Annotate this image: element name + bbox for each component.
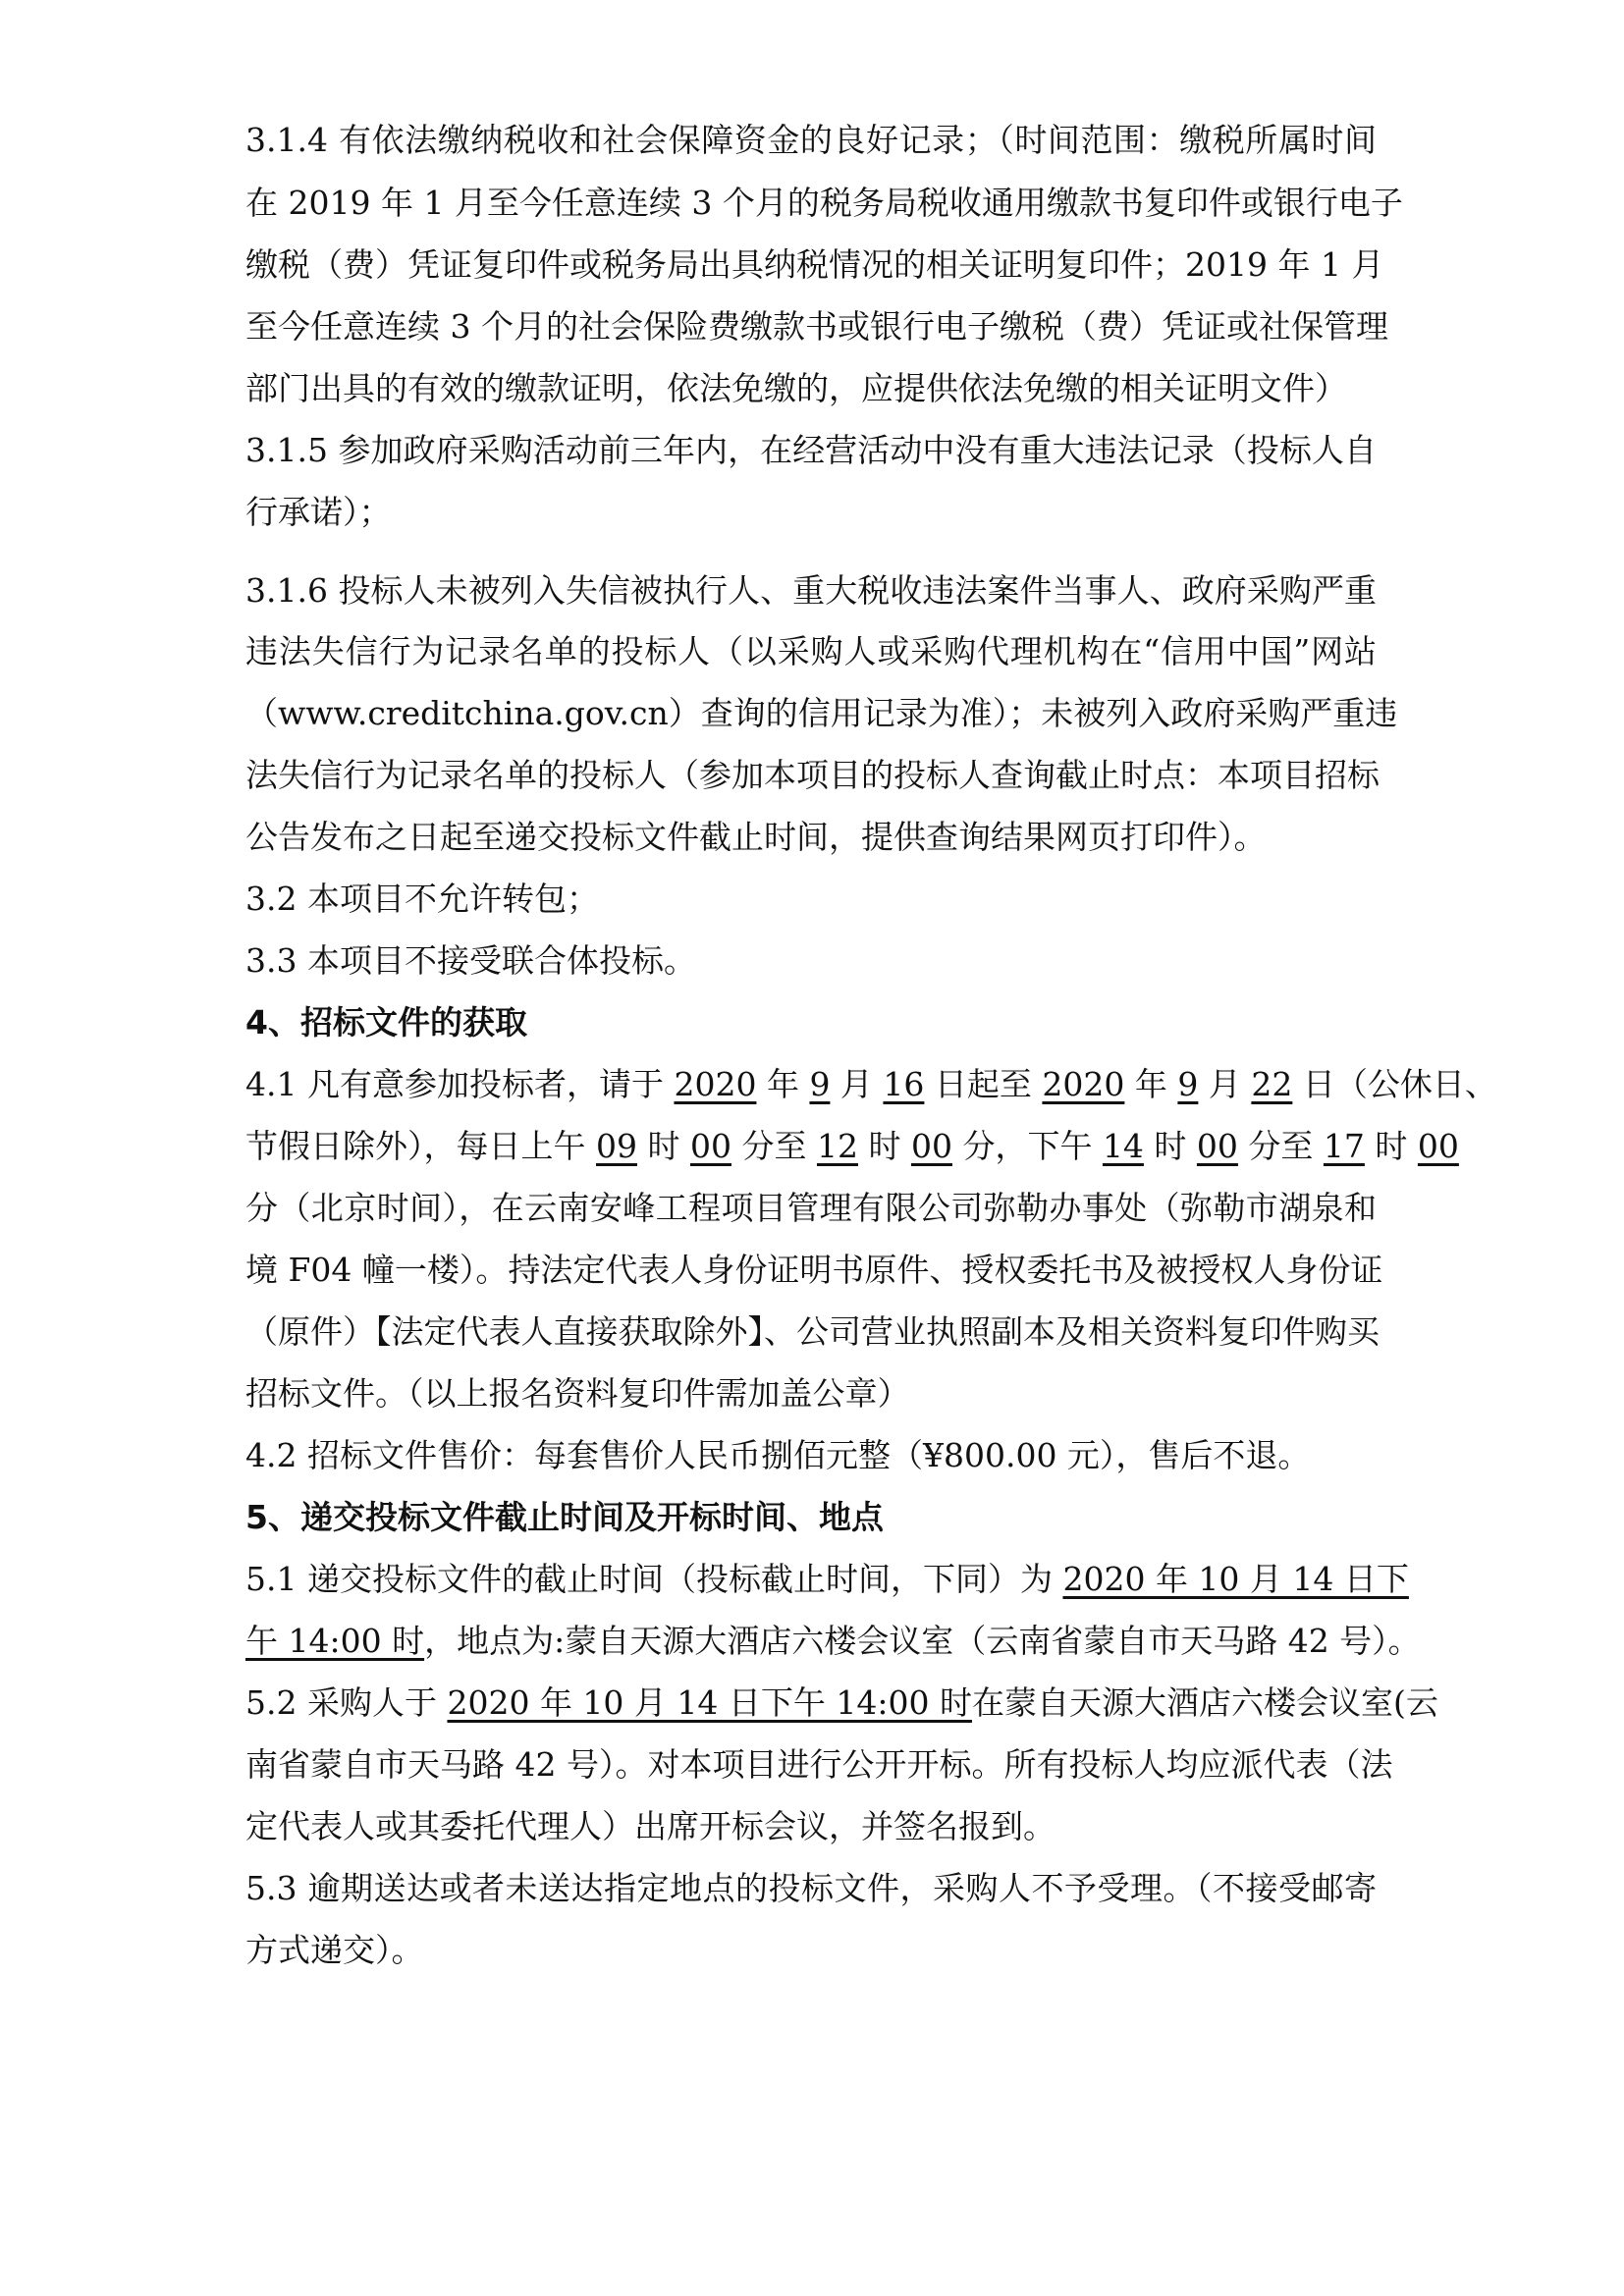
text: 5.1 递交投标文件的截止时间（投标截止时间，下同）为: [245, 1560, 1062, 1598]
text: 分至: [731, 1127, 817, 1165]
underlined-hour: 14: [1103, 1127, 1144, 1165]
underlined-minute: 00: [911, 1127, 952, 1165]
text: 5.2 采购人于: [245, 1683, 447, 1722]
text: 在蒙自天源大酒店六楼会议室(云: [972, 1683, 1438, 1722]
underlined-day: 22: [1251, 1065, 1292, 1103]
underlined-day: 16: [883, 1065, 924, 1103]
para-3-1-6-line-3: （www.creditchina.gov.cn）查询的信用记录为准）；未被列入政…: [245, 692, 1377, 735]
underlined-month: 9: [1177, 1065, 1198, 1103]
para-5-1-line-1: 5.1 递交投标文件的截止时间（投标截止时间，下同）为 2020 年 10 月 …: [245, 1558, 1377, 1601]
para-3-1-6-line-1: 3.1.6 投标人未被列入失信被执行人、重大税收违法案件当事人、政府采购严重: [245, 569, 1377, 613]
para-3-3: 3.3 本项目不接受联合体投标。: [245, 939, 1377, 983]
text: 时: [1365, 1127, 1418, 1165]
para-4-1-line-1: 4.1 凡有意参加投标者，请于 2020 年 9 月 16 日起至 2020 年…: [245, 1063, 1377, 1106]
underlined-year: 2020: [674, 1065, 756, 1103]
para-5-2-line-1: 5.2 采购人于 2020 年 10 月 14 日下午 14:00 时在蒙自天源…: [245, 1682, 1377, 1725]
underlined-minute: 00: [690, 1127, 731, 1165]
text: 时: [1144, 1127, 1197, 1165]
text: 分至: [1238, 1127, 1324, 1165]
text: 节假日除外），每日上午: [245, 1127, 596, 1165]
text: 年: [1124, 1065, 1177, 1103]
underlined-minute: 00: [1418, 1127, 1459, 1165]
para-3-1-4-line-4: 至今任意连续 3 个月的社会保险费缴款书或银行电子缴税（费）凭证或社保管理: [245, 305, 1377, 348]
text: 日起至: [924, 1065, 1042, 1103]
text: 年: [756, 1065, 809, 1103]
document-page: 3.1.4 有依法缴纳税收和社会保障资金的良好记录；（时间范围：缴税所属时间 在…: [0, 0, 1624, 2296]
text: ，地点为:蒙自天源大酒店六楼会议室（云南省蒙自市天马路 42 号）。: [424, 1622, 1421, 1660]
para-3-1-4-line-2: 在 2019 年 1 月至今任意连续 3 个月的税务局税收通用缴款书复印件或银行…: [245, 182, 1377, 225]
text: 月: [830, 1065, 883, 1103]
text: 时: [858, 1127, 911, 1165]
para-3-1-5-line-2: 行承诺）；: [245, 491, 1377, 534]
underlined-month: 9: [809, 1065, 830, 1103]
underlined-opening-time: 2020 年 10 月 14 日下午 14:00 时: [447, 1683, 972, 1722]
text: 时: [637, 1127, 690, 1165]
para-3-1-6-line-5: 公告发布之日起至递交投标文件截止时间，提供查询结果网页打印件）。: [245, 816, 1377, 859]
para-3-1-4-line-3: 缴税（费）凭证复印件或税务局出具纳税情况的相关证明复印件；2019 年 1 月: [245, 243, 1377, 287]
underlined-hour: 17: [1324, 1127, 1365, 1165]
text: 4.1 凡有意参加投标者，请于: [245, 1065, 674, 1103]
para-5-1-line-2: 午 14:00 时，地点为:蒙自天源大酒店六楼会议室（云南省蒙自市天马路 42 …: [245, 1620, 1377, 1663]
para-3-1-5-line-1: 3.1.5 参加政府采购活动前三年内，在经营活动中没有重大违法记录（投标人自: [245, 429, 1377, 472]
para-5-2-line-3: 定代表人或其委托代理人）出席开标会议，并签名报到。: [245, 1805, 1377, 1848]
para-4-1-line-6: 招标文件。（以上报名资料复印件需加盖公章）: [245, 1372, 1377, 1415]
underlined-hour: 09: [596, 1127, 637, 1165]
para-3-1-4-line-1: 3.1.4 有依法缴纳税收和社会保障资金的良好记录；（时间范围：缴税所属时间: [245, 119, 1377, 162]
para-5-3-line-1: 5.3 逾期送达或者未送达指定地点的投标文件，采购人不予受理。（不接受邮寄: [245, 1867, 1377, 1910]
underlined-year: 2020: [1042, 1065, 1124, 1103]
underlined-deadline-time: 午 14:00 时: [245, 1622, 424, 1660]
para-3-1-4-line-5: 部门出具的有效的缴款证明，依法免缴的，应提供依法免缴的相关证明文件）: [245, 367, 1377, 410]
para-4-1-line-2: 节假日除外），每日上午 09 时 00 分至 12 时 00 分，下午 14 时…: [245, 1125, 1377, 1168]
para-4-1-line-4: 境 F04 幢一楼）。持法定代表人身份证明书原件、授权委托书及被授权人身份证: [245, 1249, 1377, 1292]
para-4-2: 4.2 招标文件售价：每套售价人民币捌佰元整（¥800.00 元），售后不退。: [245, 1434, 1377, 1477]
para-5-3-line-2: 方式递交）。: [245, 1929, 1377, 1972]
underlined-minute: 00: [1197, 1127, 1238, 1165]
para-5-2-line-2: 南省蒙自市天马路 42 号）。对本项目进行公开开标。所有投标人均应派代表（法: [245, 1743, 1377, 1787]
text: 日（公休日、: [1292, 1065, 1497, 1103]
para-3-1-6-line-4: 法失信行为记录名单的投标人（参加本项目的投标人查询截止时点：本项目招标: [245, 754, 1377, 797]
text: 分，下午: [952, 1127, 1103, 1165]
para-4-1-line-3: 分（北京时间），在云南安峰工程项目管理有限公司弥勒办事处（弥勒市湖泉和: [245, 1187, 1377, 1230]
section-heading-4: 4、招标文件的获取: [245, 1001, 1377, 1044]
section-heading-5: 5、递交投标文件截止时间及开标时间、地点: [245, 1496, 1377, 1539]
underlined-deadline: 2020 年 10 月 14 日下: [1062, 1560, 1408, 1598]
underlined-hour: 12: [817, 1127, 858, 1165]
para-4-1-line-5: （原件）【法定代表人直接获取除外】、公司营业执照副本及相关资料复印件购买: [245, 1310, 1377, 1354]
para-3-1-6-line-2: 违法失信行为记录名单的投标人（以采购人或采购代理机构在“信用中国”网站: [245, 630, 1377, 673]
text: 月: [1198, 1065, 1251, 1103]
para-3-2: 3.2 本项目不允许转包；: [245, 878, 1377, 921]
